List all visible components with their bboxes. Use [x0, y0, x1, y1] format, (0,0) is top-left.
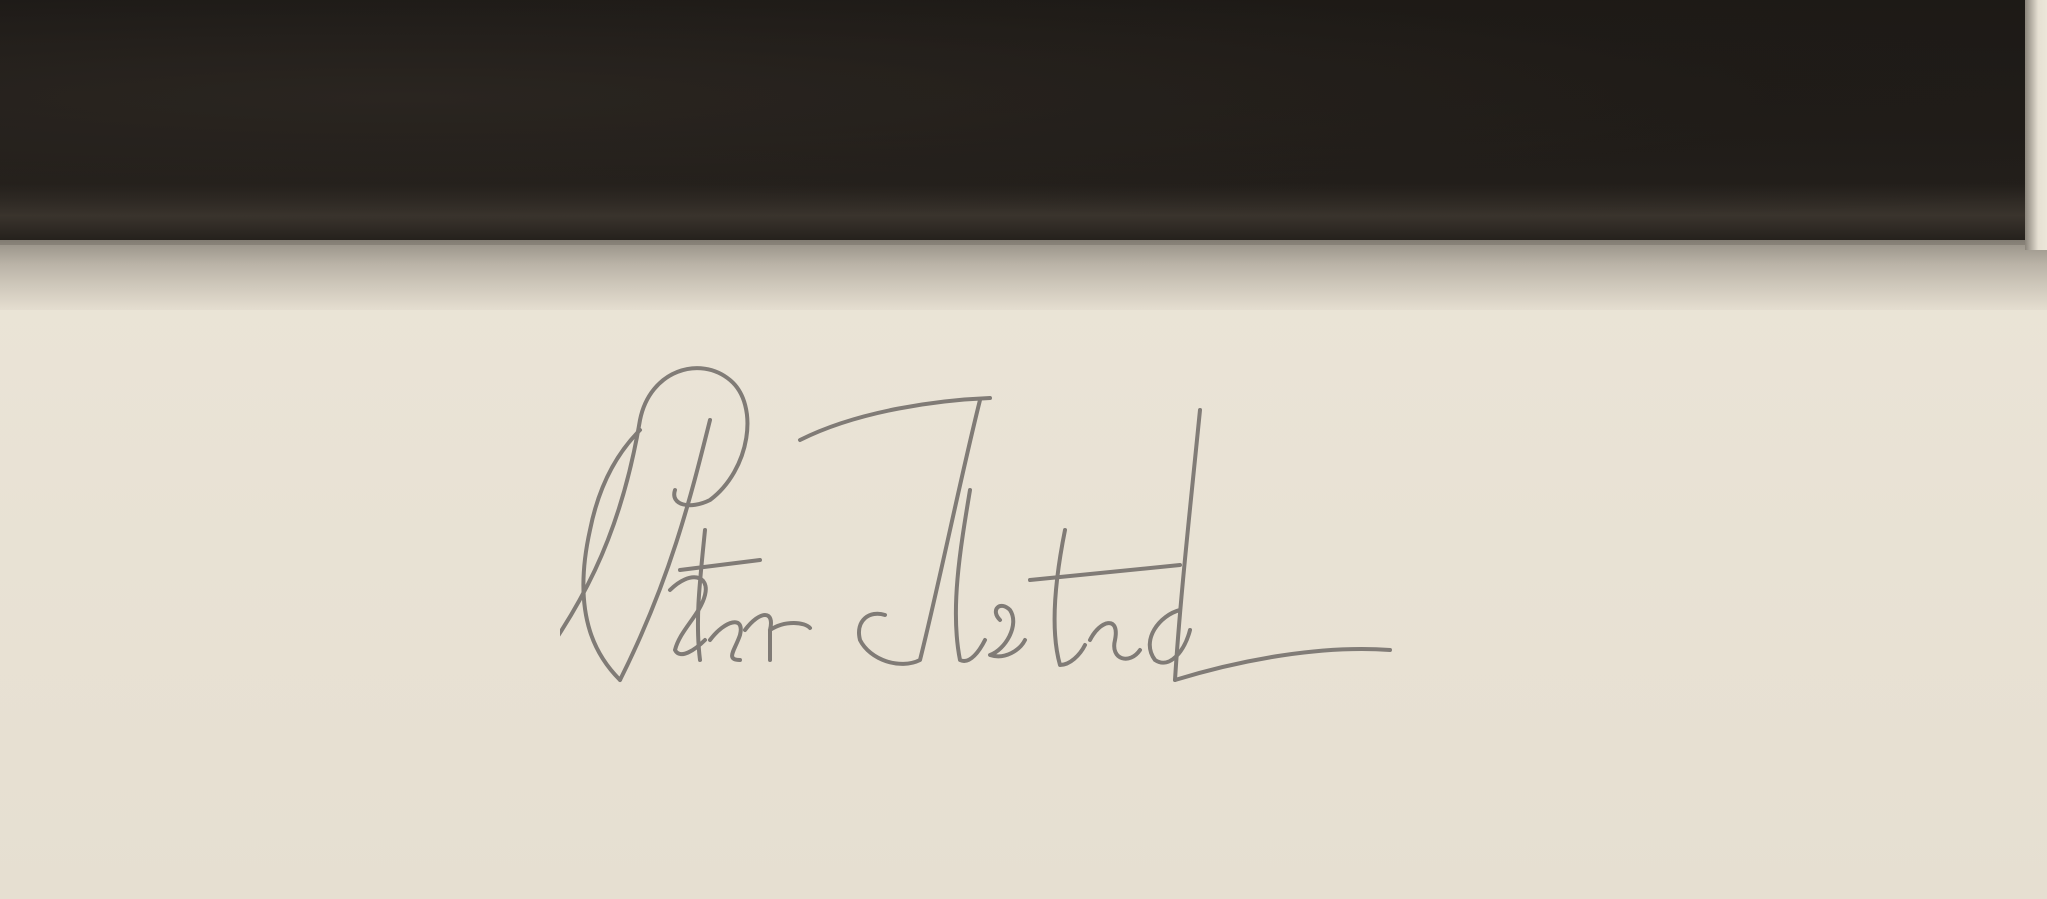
photograph: Peter Ilsted [0, 0, 2047, 899]
pencil-signature: Peter Ilsted [560, 360, 1760, 720]
dark-printed-area [0, 0, 2030, 245]
plate-mark-edge [0, 240, 2047, 310]
signature-strokes [560, 360, 1760, 720]
paper-right-margin [2025, 0, 2047, 250]
